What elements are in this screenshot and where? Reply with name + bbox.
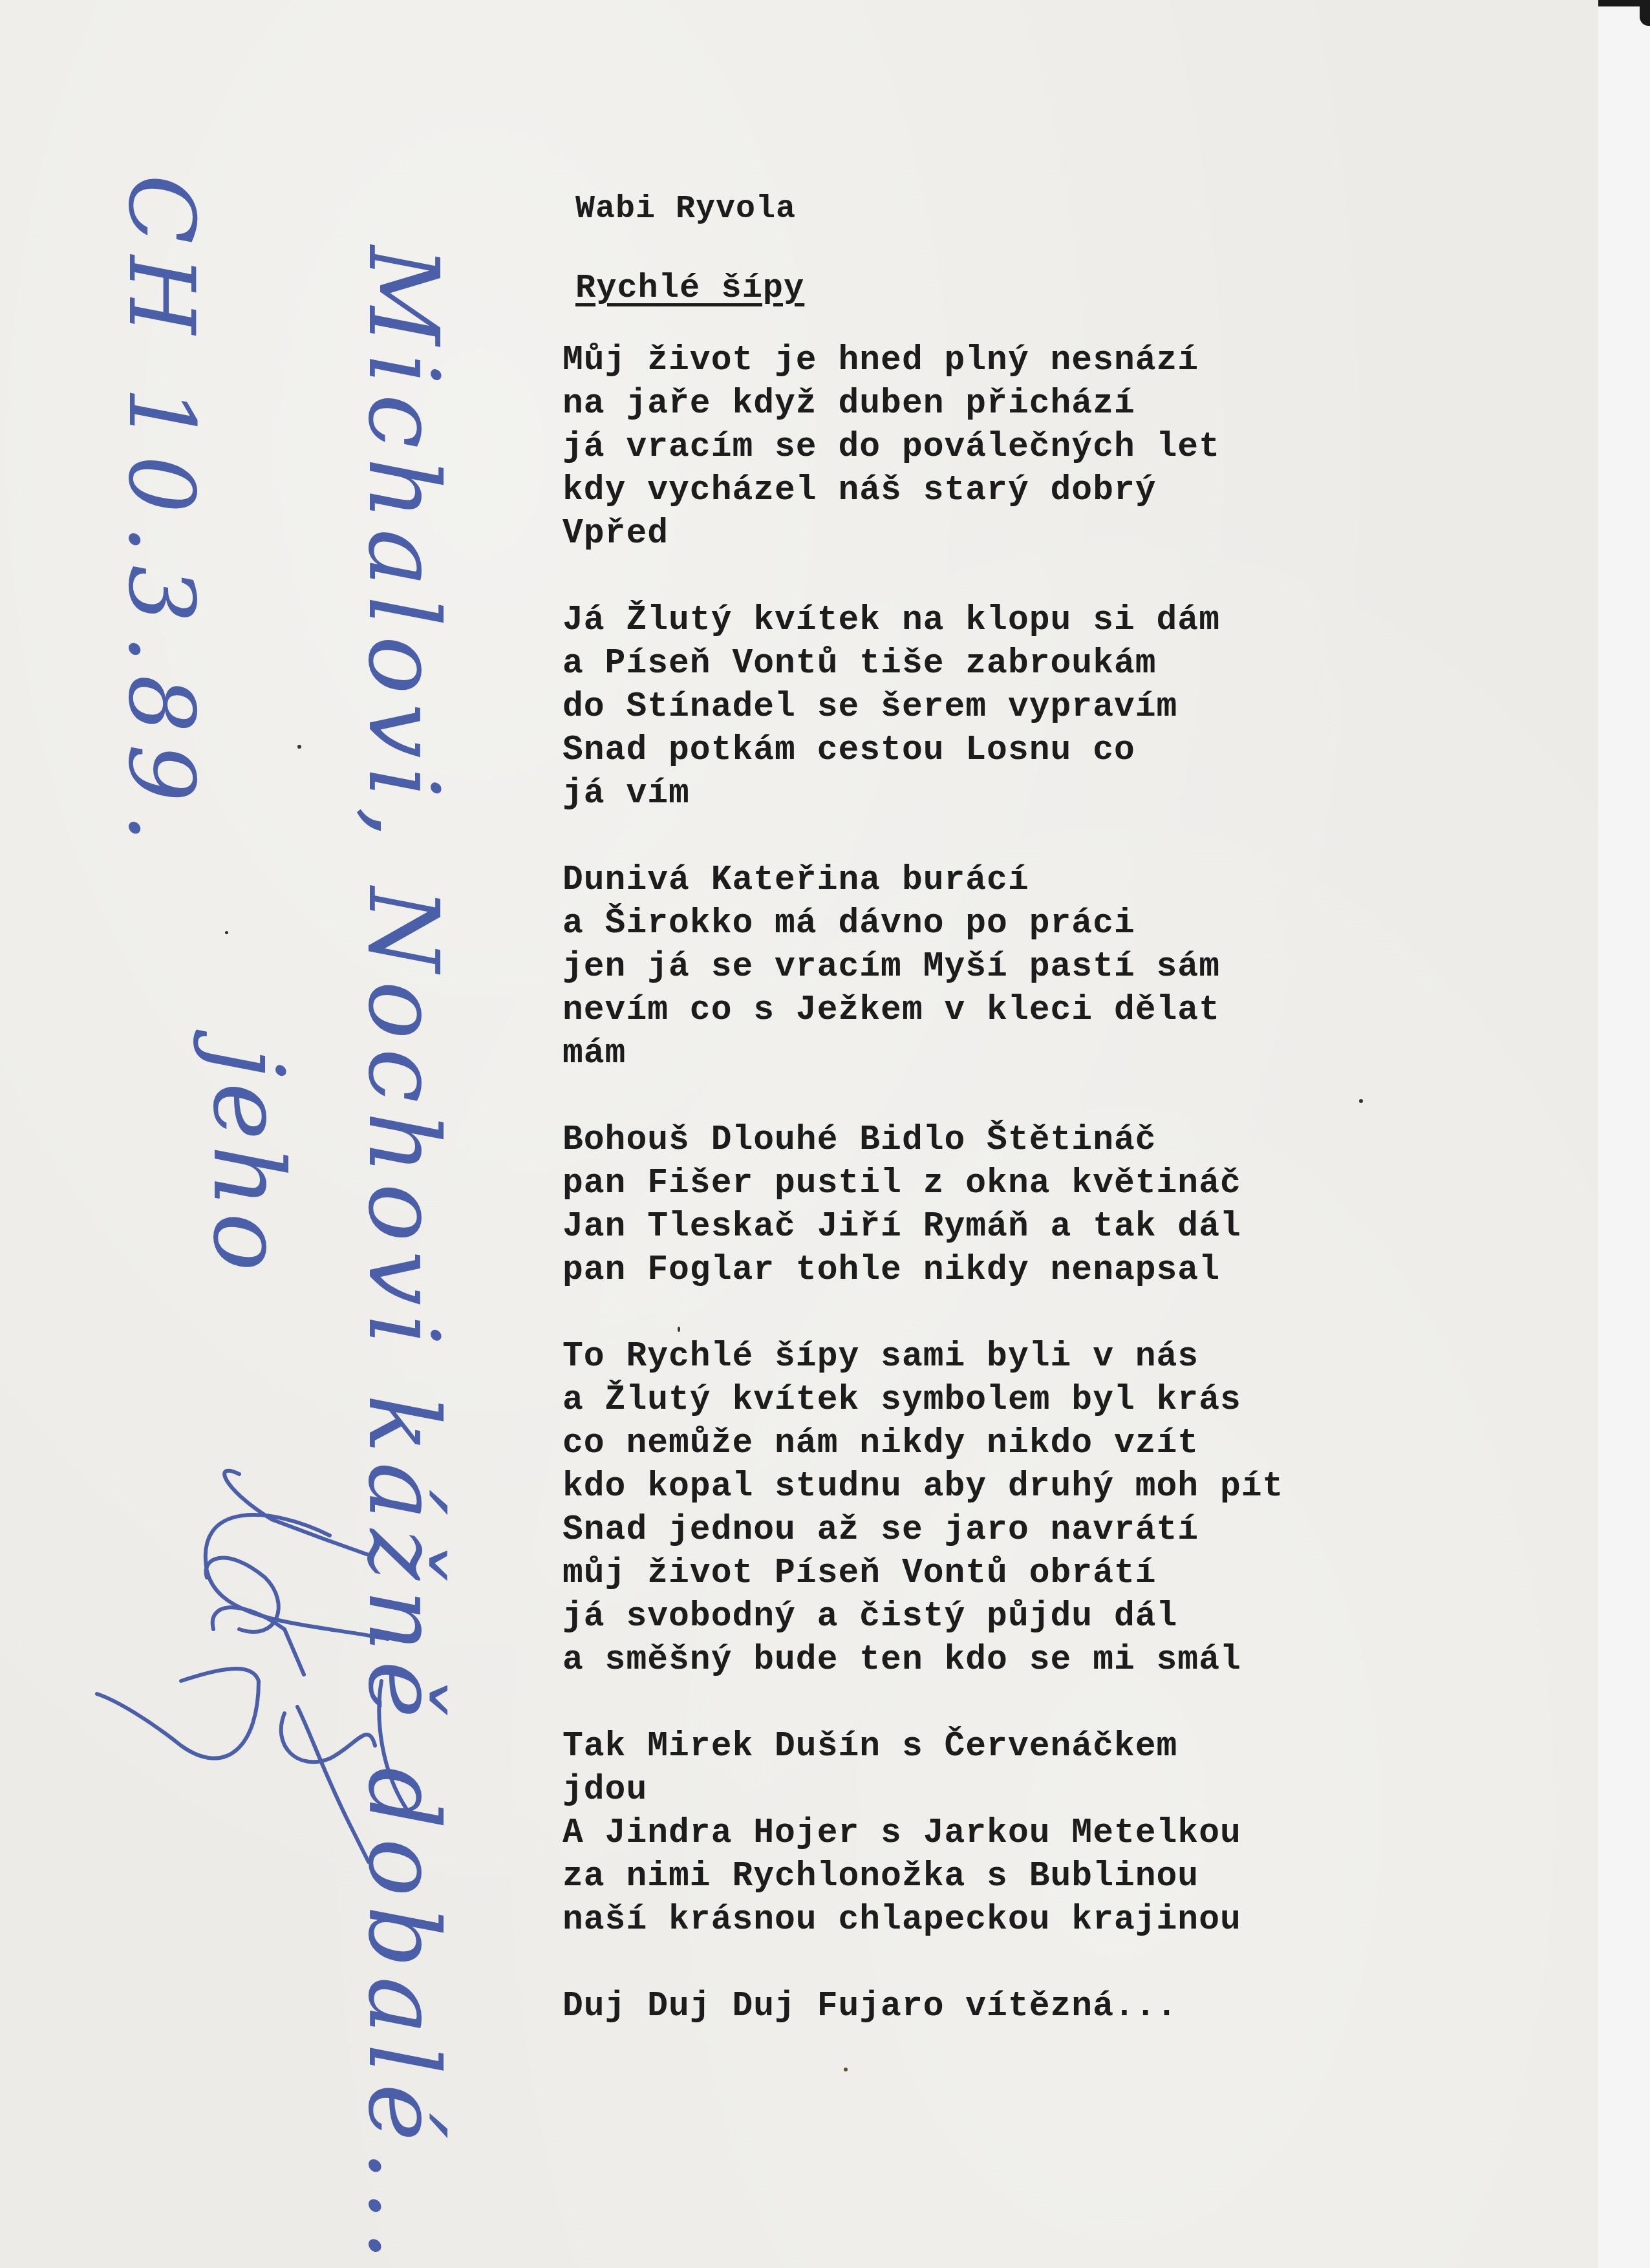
lyric-line: Snad jednou až se jaro navrátí bbox=[562, 1508, 1500, 1552]
lyric-line: Vpřed bbox=[562, 512, 1500, 555]
lyric-line: Duj Duj Duj Fujaro vítězná... bbox=[562, 1985, 1500, 2028]
lyric-line: Tak Mirek Dušín s Červenáčkem bbox=[562, 1725, 1500, 1768]
lyric-line: Můj život je hned plný nesnází bbox=[562, 339, 1500, 382]
song-title: Rychlé šípy bbox=[575, 266, 804, 310]
stanza-2: Já Žlutý kvítek na klopu si dám a Píseň … bbox=[562, 599, 1500, 815]
lyric-line: můj život Píseň Vontů obrátí bbox=[562, 1552, 1500, 1595]
dust-speck bbox=[678, 1327, 680, 1332]
typed-lyrics: Wabi Ryvola Rychlé šípy Můj život je hne… bbox=[562, 187, 1500, 2071]
lyric-line: Snad potkám cestou Losnu co bbox=[562, 729, 1500, 772]
lyric-line: co nemůže nám nikdy nikdo vzít bbox=[562, 1422, 1500, 1465]
author-name: Wabi Ryvola bbox=[575, 187, 1500, 231]
handwritten-date: CH 10.3.89. bbox=[108, 175, 213, 854]
lyric-line: Dunivá Kateřina burácí bbox=[562, 859, 1500, 902]
lyric-line: a Píseň Vontů tiše zabroukám bbox=[562, 642, 1500, 685]
stanza-6: Tak Mirek Dušín s Červenáčkem jdou A Jin… bbox=[562, 1725, 1500, 1942]
lyric-line: kdy vycházel náš starý dobrý bbox=[562, 469, 1500, 512]
lyric-line: a směšný bude ten kdo se mi smál bbox=[562, 1638, 1500, 1682]
lyric-line: Já Žlutý kvítek na klopu si dám bbox=[562, 599, 1500, 642]
dust-speck bbox=[844, 2068, 848, 2071]
stanza-7: Duj Duj Duj Fujaro vítězná... bbox=[562, 1985, 1500, 2028]
lyric-line: na jaře když duben přichází bbox=[562, 382, 1500, 425]
lyric-line: do Stínadel se šerem vypravím bbox=[562, 685, 1500, 729]
dust-speck bbox=[1359, 1099, 1363, 1103]
lyric-line: jdou bbox=[562, 1768, 1500, 1812]
lyric-line: a Širokko má dávno po práci bbox=[562, 902, 1500, 945]
scanner-background bbox=[1598, 0, 1650, 2268]
lyric-line: mám bbox=[562, 1032, 1500, 1075]
stanza-4: Bohouš Dlouhé Bidlo Štětináč pan Fišer p… bbox=[562, 1118, 1500, 1292]
handwritten-closing: jeho bbox=[191, 1047, 304, 1276]
dust-speck bbox=[297, 745, 301, 749]
lyric-line: A Jindra Hojer s Jarkou Metelkou bbox=[562, 1812, 1500, 1855]
lyric-line: já vím bbox=[562, 772, 1500, 815]
lyric-line: pan Fišer pustil z okna květináč bbox=[562, 1162, 1500, 1205]
scanner-corner bbox=[1598, 0, 1650, 6]
lyric-line: já vracím se do poválečných let bbox=[562, 425, 1500, 469]
lyric-line: nevím co s Ježkem v kleci dělat bbox=[562, 989, 1500, 1032]
stanza-5: To Rychlé šípy sami byli v nás a Žlutý k… bbox=[562, 1335, 1500, 1682]
lyric-line: pan Foglar tohle nikdy nenapsal bbox=[562, 1248, 1500, 1292]
lyric-line: To Rychlé šípy sami byli v nás bbox=[562, 1335, 1500, 1378]
lyric-line: naší krásnou chlapeckou krajinou bbox=[562, 1898, 1500, 1942]
lyric-line: za nimi Rychlonožka s Bublinou bbox=[562, 1855, 1500, 1898]
lyric-line: kdo kopal studnu aby druhý moh pít bbox=[562, 1465, 1500, 1508]
stanza-3: Dunivá Kateřina burácí a Širokko má dávn… bbox=[562, 859, 1500, 1075]
lyric-line: Bohouš Dlouhé Bidlo Štětináč bbox=[562, 1118, 1500, 1162]
stanza-1: Můj život je hned plný nesnází na jaře k… bbox=[562, 339, 1500, 555]
lyric-line: Jan Tleskač Jiří Rymáň a tak dál bbox=[562, 1205, 1500, 1248]
lyric-line: já svobodný a čistý půjdu dál bbox=[562, 1595, 1500, 1638]
dust-speck bbox=[225, 931, 228, 934]
lyric-line: a Žlutý kvítek symbolem byl krás bbox=[562, 1378, 1500, 1422]
lyric-line: jen já se vracím Myší pastí sám bbox=[562, 945, 1500, 989]
signature-scribble bbox=[78, 1409, 466, 1991]
